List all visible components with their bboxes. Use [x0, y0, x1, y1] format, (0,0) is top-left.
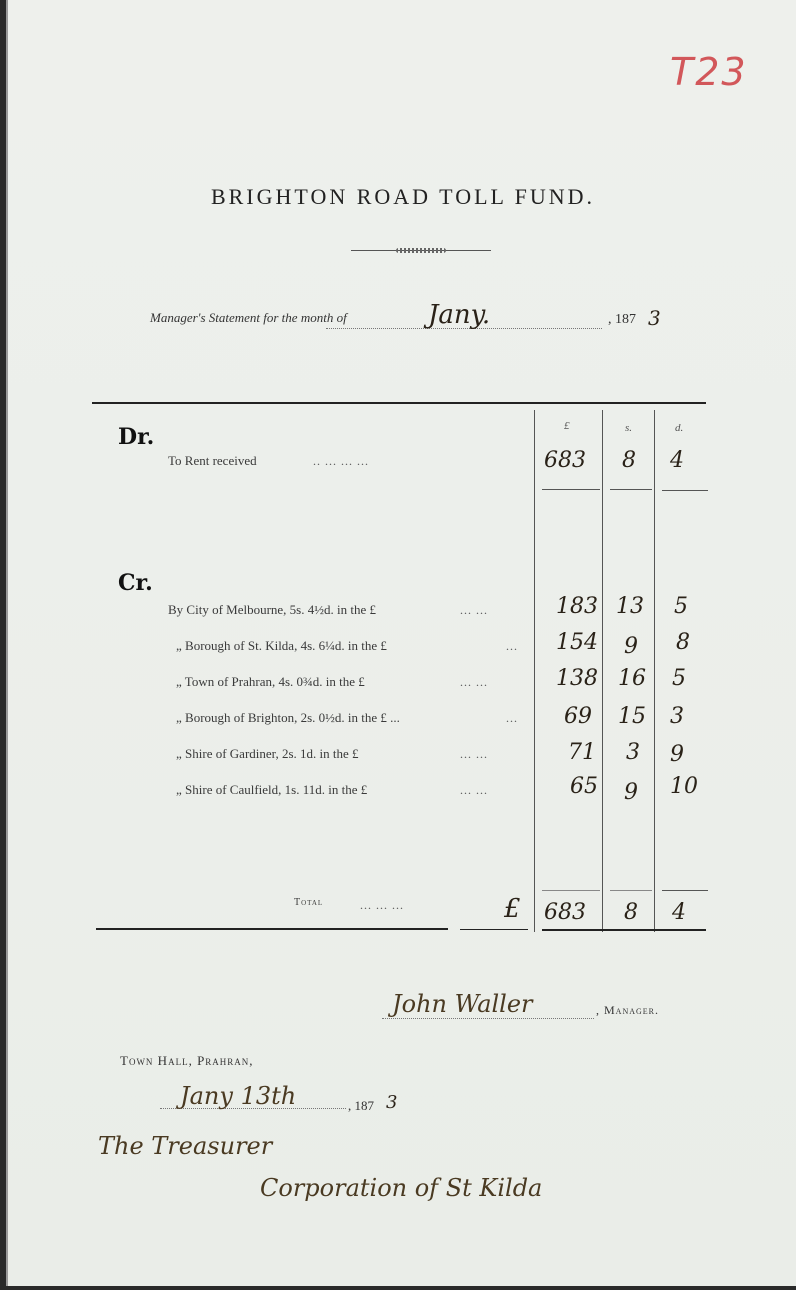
table-row: „ Borough of Brighton, 2s. 0½d. in the £… [176, 709, 528, 727]
column-header-shillings: s. [625, 422, 632, 434]
table-row: „ Town of Prahran, 4s. 0¾d. in the £ ...… [176, 673, 528, 691]
total-label: Total [294, 897, 323, 908]
date-year-printed: , 187 [348, 1098, 374, 1114]
row-shillings: 8 [622, 448, 636, 473]
row-pence: 4 [670, 448, 684, 473]
row-pounds: 71 [568, 740, 596, 765]
total-shillings: 8 [624, 900, 638, 925]
row-label: „ Shire of Caulfield, 1s. 11d. in the £ [176, 782, 367, 797]
table-bottom-rule [542, 929, 706, 931]
row-label: „ Borough of St. Kilda, 4s. 6¼d. in the … [176, 638, 387, 653]
table-row: To Rent received .. ... ... ... [168, 452, 528, 470]
row-pence: 5 [672, 666, 686, 691]
row-leader: .. ... ... ... [313, 454, 369, 469]
table-row: By City of Melbourne, 5s. 4½d. in the £ … [168, 601, 528, 619]
row-pounds: 154 [556, 630, 598, 655]
row-pounds: 65 [570, 774, 598, 799]
ornament-divider-icon [351, 248, 491, 254]
date-year-handwritten: 3 [386, 1092, 397, 1113]
column-header-pence: d. [675, 422, 683, 434]
row-leader: ... [506, 639, 518, 654]
row-label: To Rent received [168, 453, 257, 468]
row-pounds: 183 [556, 594, 598, 619]
statement-label: Manager's Statement for the month of [150, 310, 347, 326]
total-top-rule [662, 890, 708, 891]
row-pence: 10 [670, 774, 698, 799]
signature-line [382, 1018, 594, 1019]
addressee-line-2: Corporation of St Kilda [260, 1174, 542, 1202]
row-leader: ... ... [460, 747, 488, 762]
total-leader: ... ... ... [360, 898, 404, 913]
year-printed: , 187 [608, 312, 636, 328]
row-shillings: 9 [624, 634, 638, 659]
subtotal-rule [610, 489, 652, 490]
row-shillings: 9 [624, 780, 638, 805]
total-top-rule [610, 890, 652, 891]
document-page: T23 BRIGHTON ROAD TOLL FUND. Manager's S… [6, 0, 796, 1286]
row-shillings: 15 [618, 704, 646, 729]
table-row: „ Shire of Gardiner, 2s. 1d. in the £ ..… [176, 745, 528, 763]
year-handwritten: 3 [648, 306, 661, 330]
row-pence: 9 [670, 742, 684, 767]
column-header-pounds: £ [564, 420, 570, 432]
date-handwritten: Jany 13th [180, 1082, 296, 1110]
document-title: BRIGHTON ROAD TOLL FUND. [8, 184, 796, 210]
row-pounds: 138 [556, 666, 598, 691]
row-shillings: 3 [626, 740, 640, 765]
table-row: „ Borough of St. Kilda, 4s. 6¼d. in the … [176, 637, 528, 655]
row-pence: 5 [674, 594, 688, 619]
subtotal-rule [542, 489, 600, 490]
row-label: „ Shire of Gardiner, 2s. 1d. in the £ [176, 746, 359, 761]
total-top-rule [542, 890, 600, 891]
row-pence: 3 [670, 704, 684, 729]
manager-title: , Manager. [596, 1003, 659, 1018]
archive-mark: T23 [670, 50, 748, 94]
subtotal-rule [662, 490, 708, 491]
total-pounds: 683 [544, 900, 586, 925]
row-shillings: 13 [616, 594, 644, 619]
row-leader: ... ... [460, 783, 488, 798]
row-leader: ... ... [460, 675, 488, 690]
table-row: „ Shire of Caulfield, 1s. 11d. in the £ … [176, 781, 528, 799]
row-label: By City of Melbourne, 5s. 4½d. in the £ [168, 602, 376, 617]
row-pence: 8 [676, 630, 690, 655]
place-address: Town Hall, Prahran, [120, 1053, 254, 1069]
column-divider [654, 410, 655, 932]
row-label: „ Borough of Brighton, 2s. 0½d. in the £… [176, 710, 400, 725]
row-leader: ... ... [460, 603, 488, 618]
manager-signature: John Waller [392, 990, 533, 1018]
row-pounds: 69 [564, 704, 592, 729]
total-currency-mark: £ [504, 894, 521, 924]
table-bottom-rule [96, 928, 448, 930]
row-pounds: 683 [544, 448, 586, 473]
column-divider [602, 410, 603, 932]
credit-heading: Cr. [118, 570, 153, 596]
month-value: Jany. [428, 300, 490, 330]
row-shillings: 16 [618, 666, 646, 691]
row-label: „ Town of Prahran, 4s. 0¾d. in the £ [176, 674, 365, 689]
row-leader: ... [506, 711, 518, 726]
addressee-line-1: The Treasurer [98, 1132, 272, 1160]
total-pence: 4 [672, 900, 686, 925]
table-top-rule [92, 402, 706, 404]
table-bottom-rule [460, 929, 528, 930]
column-divider [534, 410, 535, 932]
debit-heading: Dr. [118, 424, 154, 450]
